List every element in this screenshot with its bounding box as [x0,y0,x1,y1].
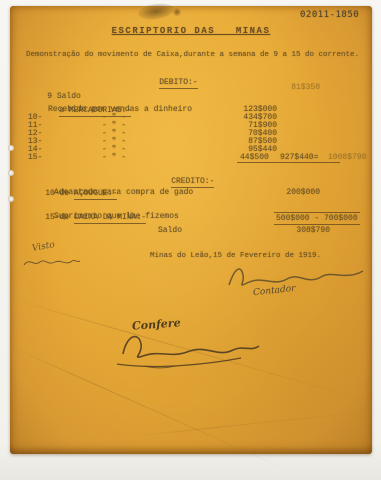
document-subtitle: Demonstração do movimento de Caixa,duran… [26,51,359,60]
credit-entry1-amount: 200$000 [260,188,320,197]
credit-heading-label: CREDITO:- [171,177,214,188]
document-title: ESCRIPTORIO DAS MINAS [10,26,372,36]
debit-grand-total: 1008$790 [328,153,366,162]
credit-entry2-description: Suprimento que lhe fizemos [54,212,179,221]
dateline: Minas do Leão,15 de Fevereiro de 1919. [150,252,321,261]
punch-hole [8,196,14,202]
debit-total-day: 15- [28,153,42,162]
debit-heading: DEBITO:- [140,69,198,96]
debit-total-amount: 44$500 [240,153,269,162]
credit-entry1-description: Adeantado para compra de gado [54,188,193,197]
balance-label: Saldo [158,226,182,235]
credit-entry2-amount: 500$000 - 700$000 [274,212,360,225]
document-paper: 02011-1850 ESCRIPTORIO DAS MINAS Demonst… [10,6,372,454]
paper-crease [130,410,379,437]
visto-signature [22,255,82,269]
punch-hole [8,170,14,176]
debit-heading-label: DEBITO:- [159,78,197,89]
debit-opening-amount: 81$350 [260,83,320,92]
confere-signature [115,328,265,368]
debit-total-ditto: - " - [102,153,126,162]
contador-signature [225,261,370,291]
ink-speck [173,8,181,16]
debit-subtotal: 927$440= [280,153,318,162]
balance-amount: 308$790 [265,226,330,235]
ink-smudge [137,2,175,22]
visto-note: Visto [31,240,55,254]
debit-total-underline [237,162,340,163]
stamp-number: 02011-1850 [300,10,359,20]
punch-hole [8,145,14,151]
